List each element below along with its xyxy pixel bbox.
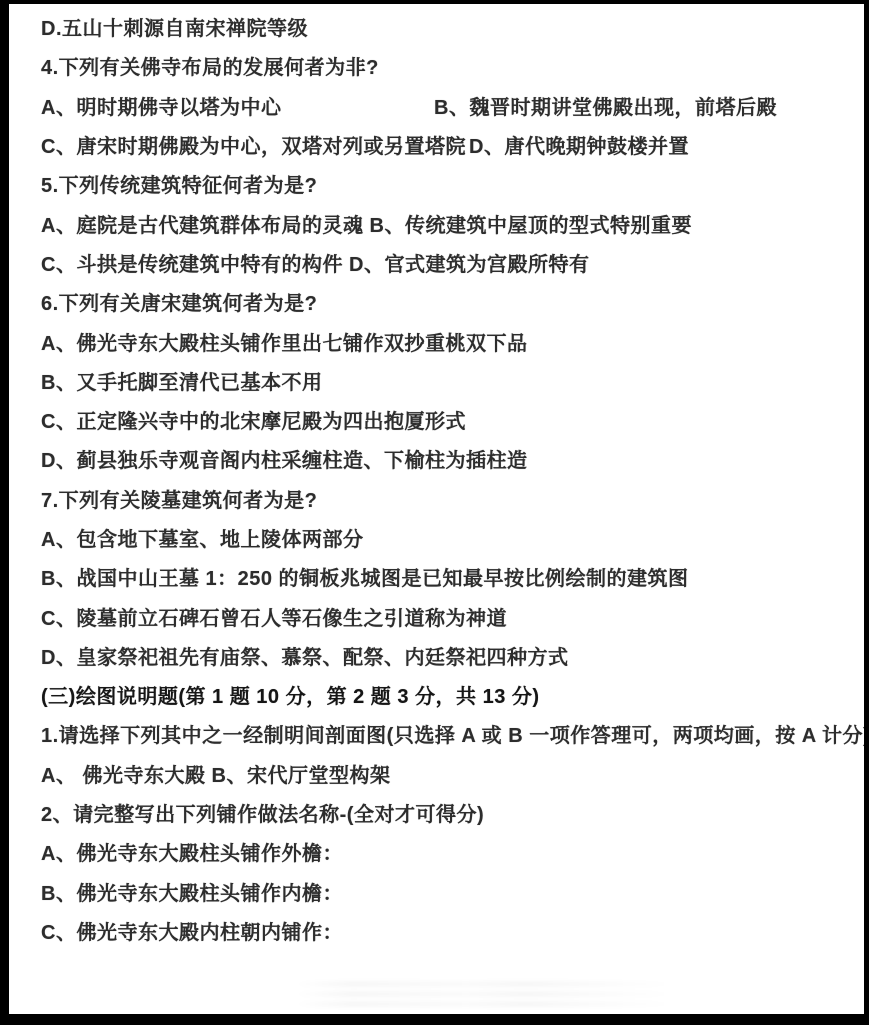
line-q6-option-b: B、又手托脚至清代已基本不用 [41,361,864,400]
bleed-smudge [294,982,679,986]
line-q7-option-b: B、战国中山王墓 1：250 的铜板兆城图是已知最早按比例绘制的建筑图 [41,557,864,596]
line-q5-options-ab: A、庭院是古代建筑群体布局的灵魂 B、传统建筑中屋顶的型式特别重要 [41,203,864,242]
document-lines: D.五山十刺源自南宋禅院等级4.下列有关佛寺布局的发展何者为非?A、明时期佛寺以… [9,4,864,950]
line-q4-options-ab-col-1: B、魏晋时期讲堂佛殿出现，前塔后殿 [434,91,777,120]
line-q6-option-d: D、蓟县独乐寺观音阁内柱采缠柱造、下榆柱为插柱造 [41,439,864,478]
line-q5-stem: 5.下列传统建筑特征何者为是? [41,164,864,203]
bleed-smudge [294,1002,679,1006]
line-q7-option-c: C、陵墓前立石碑石曾石人等石像生之引道称为神道 [41,596,864,635]
bleed-smudge [294,992,679,996]
line-q6-option-a: A、佛光寺东大殿柱头铺作里出七铺作双抄重桃双下品 [41,321,864,360]
line-s3-q2-item-a: A、佛光寺东大殿柱头铺作外檐： [41,832,864,871]
line-q7-option-a: A、包含地下墓室、地上陵体两部分 [41,518,864,557]
line-prev-option-d: D.五山十刺源自南宋禅院等级 [41,7,864,46]
line-q4-options-cd: C、唐宋时期佛殿为中心，双塔对列或另置塔院D、唐代晚期钟鼓楼并置 [41,125,864,164]
line-q4-options-cd-col-0: C、唐宋时期佛殿为中心，双塔对列或另置塔院 [41,130,469,159]
line-q5-options-cd: C、斗拱是传统建筑中特有的构件 D、官式建筑为宫殿所特有 [41,243,864,282]
line-q6-stem: 6.下列有关唐宋建筑何者为是? [41,282,864,321]
page-bleed-artifact [294,976,679,1012]
line-q4-options-ab: A、明时期佛寺以塔为中心B、魏晋时期讲堂佛殿出现，前塔后殿 [41,86,864,125]
line-s3-q1-options: A、 佛光寺东大殿 B、宋代厅堂型构架 [41,754,864,793]
line-q4-options-cd-col-1: D、唐代晚期钟鼓楼并置 [469,130,689,159]
line-s3-q1-stem: 1.请选择下列其中之一经制明间剖面图(只选择 A 或 B 一项作答理可，两项均画… [41,714,864,753]
line-q4-options-ab-col-0: A、明时期佛寺以塔为中心 [41,91,434,120]
line-section3-heading: (三)绘图说明题(第 1 题 10 分，第 2 题 3 分，共 13 分) [41,675,864,714]
line-q7-option-d: D、皇家祭祀祖先有庙祭、慕祭、配祭、内廷祭祀四种方式 [41,636,864,675]
line-s3-q2-item-c: C、佛光寺东大殿内柱朝内铺作： [41,911,864,950]
line-q4-stem: 4.下列有关佛寺布局的发展何者为非? [41,46,864,85]
line-q6-option-c: C、正定隆兴寺中的北宋摩尼殿为四出抱厦形式 [41,400,864,439]
document-page: D.五山十刺源自南宋禅院等级4.下列有关佛寺布局的发展何者为非?A、明时期佛寺以… [9,4,864,1014]
scan-frame: D.五山十刺源自南宋禅院等级4.下列有关佛寺布局的发展何者为非?A、明时期佛寺以… [0,0,869,1025]
line-s3-q2-stem: 2、请完整写出下列铺作做法名称-(全对才可得分) [41,793,864,832]
line-q7-stem: 7.下列有关陵墓建筑何者为是? [41,479,864,518]
line-s3-q2-item-b: B、佛光寺东大殿柱头铺作内檐： [41,872,864,911]
